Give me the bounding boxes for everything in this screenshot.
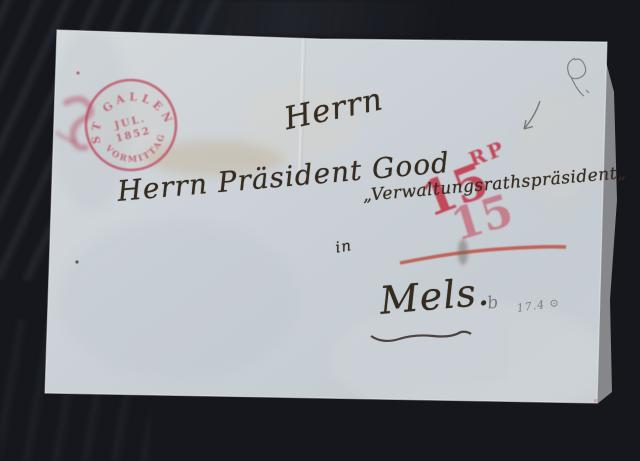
- shading-patch: [60, 220, 300, 380]
- red-speck: [76, 71, 79, 74]
- dark-speck: [75, 260, 78, 263]
- toning-patch: [515, 90, 605, 210]
- crayon-smudge: [458, 239, 468, 265]
- handwritten-preposition-in: in: [334, 236, 353, 257]
- photo-of-postal-cover: ST GALLEN JUL. 1852 VORMITTAG 15 15 RP: [0, 0, 640, 461]
- cover-scene: ST GALLEN JUL. 1852 VORMITTAG 15 15 RP: [0, 0, 640, 461]
- cover-paper: ST GALLEN JUL. 1852 VORMITTAG 15 15 RP: [0, 0, 640, 461]
